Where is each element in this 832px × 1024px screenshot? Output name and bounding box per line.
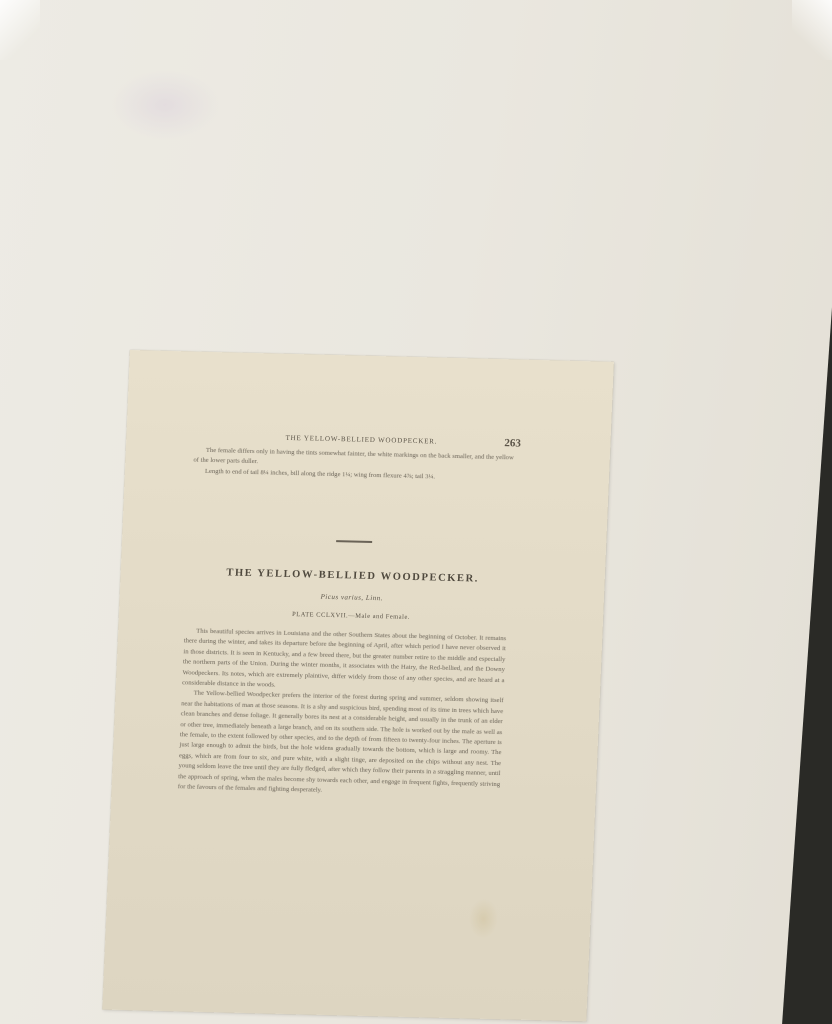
running-head: THE YELLOW-BELLIED WOODPECKER. — [201, 432, 521, 448]
top-paragraphs: The female differs only in having the ti… — [193, 446, 514, 485]
plastic-glare-icon — [792, 0, 832, 60]
paragraph: This beautiful species arrives in Louisi… — [182, 626, 507, 696]
plate-caption: PLATE CCLXVII.—Male and Female. — [201, 609, 501, 623]
foxing-stain — [468, 898, 500, 939]
body-paragraphs: This beautiful species arrives in Louisi… — [177, 626, 506, 800]
page-number: 263 — [504, 437, 521, 449]
book-page: THE YELLOW-BELLIED WOODPECKER. 263 The f… — [102, 350, 613, 1021]
section-title: THE YELLOW-BELLIED WOODPECKER. — [203, 567, 503, 585]
plastic-glare-icon — [0, 0, 40, 60]
latin-name: Picus varius, Linn. — [202, 590, 502, 605]
mat-smudge — [110, 70, 220, 140]
section-divider — [336, 540, 372, 542]
paragraph: The Yellow-bellied Woodpecker prefers th… — [177, 689, 503, 801]
